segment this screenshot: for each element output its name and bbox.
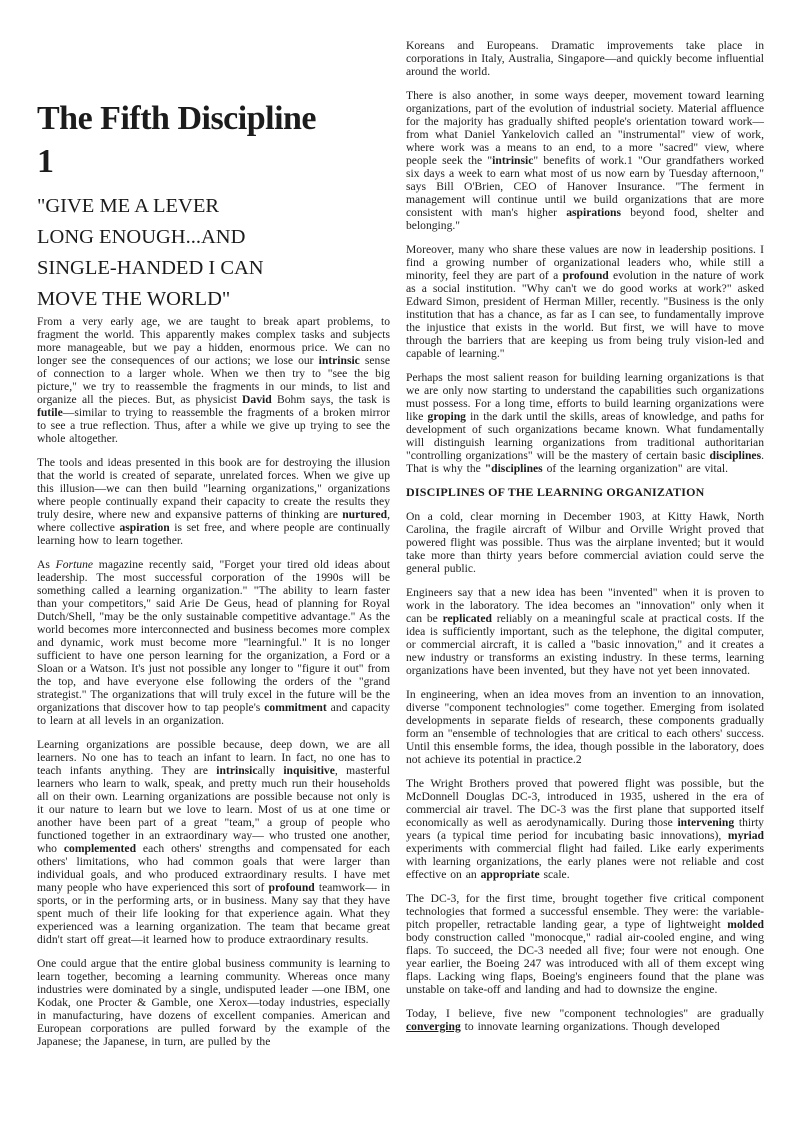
text-run: experiments with commercial flight had f… (406, 842, 764, 881)
right-text-column: Koreans and Europeans. Dramatic improvem… (406, 0, 764, 1044)
text-run: Bohm says, the task is (272, 393, 390, 406)
book-title-text: The Fifth Discipline (37, 97, 390, 140)
text-run: ally (258, 764, 284, 777)
emphasis-text: groping (428, 410, 466, 423)
text-run: evolution in the nature of work as a soc… (406, 269, 764, 360)
emphasis-text: disciplines (710, 449, 762, 462)
emphasis-text: myriad (728, 829, 764, 842)
text-run: The DC-3, for the first time, brought to… (406, 892, 764, 931)
body-paragraph: The Wright Brothers proved that powered … (406, 777, 764, 881)
body-paragraph: Moreover, many who share these values ar… (406, 243, 764, 360)
body-paragraph: One could argue that the entire global b… (37, 957, 390, 1048)
text-run: As (37, 558, 56, 571)
emphasis-text: Fortune (56, 558, 93, 571)
emphasis-text: profound (563, 269, 609, 282)
emphasis-text: complemented (64, 842, 136, 855)
body-paragraph: From a very early age, we are taught to … (37, 315, 390, 445)
chapter-title: The Fifth Discipline1 (37, 97, 390, 183)
emphasis-text: "disciplines (485, 462, 543, 475)
body-paragraph: On a cold, clear morning in December 190… (406, 510, 764, 575)
epigraph-line: MOVE THE WORLD" (37, 284, 390, 315)
text-run: Today, I believe, five new "component te… (406, 1007, 764, 1020)
text-run: —similar to trying to reassemble the fra… (37, 406, 390, 445)
emphasis-text: intrinsic (216, 764, 257, 777)
body-paragraph: There is also another, in some ways deep… (406, 89, 764, 232)
text-run: to innovate learning organizations. Thou… (461, 1020, 720, 1033)
body-paragraph: Koreans and Europeans. Dramatic improvem… (406, 39, 764, 78)
emphasis-text: commitment (264, 701, 326, 714)
text-run: In engineering, when an idea moves from … (406, 688, 764, 766)
body-paragraph: As Fortune magazine recently said, "Forg… (37, 558, 390, 727)
epigraph-line: "GIVE ME A LEVER (37, 191, 390, 222)
emphasis-text: intervening (677, 816, 734, 829)
emphasis-text: David (242, 393, 272, 406)
emphasis-text: aspiration (120, 521, 170, 534)
text-run: of the learning organization" are vital. (543, 462, 728, 475)
text-run: One could argue that the entire global b… (37, 957, 390, 1048)
emphasis-text: appropriate (481, 868, 540, 881)
emphasis-text: aspirations (566, 206, 621, 219)
emphasis-text: molded (727, 918, 764, 931)
epigraph-quote: "GIVE ME A LEVERLONG ENOUGH...ANDSINGLE-… (37, 191, 390, 315)
epigraph-line: LONG ENOUGH...AND (37, 222, 390, 253)
emphasis-text: replicated (443, 612, 492, 625)
body-paragraph: Engineers say that a new idea has been "… (406, 586, 764, 677)
body-paragraph: Learning organizations are possible beca… (37, 738, 390, 946)
emphasis-text: intrinsic (319, 354, 360, 367)
body-paragraph: The tools and ideas presented in this bo… (37, 456, 390, 547)
text-run: magazine recently said, "Forget your tir… (37, 558, 390, 714)
book-page: The Fifth Discipline1"GIVE ME A LEVERLON… (0, 0, 793, 1122)
epigraph-line: SINGLE-HANDED I CAN (37, 253, 390, 284)
body-paragraph: The DC-3, for the first time, brought to… (406, 892, 764, 996)
text-run: On a cold, clear morning in December 190… (406, 510, 764, 575)
emphasis-text: futile (37, 406, 63, 419)
emphasis-text: inquisitive (283, 764, 335, 777)
chapter-number: 1 (37, 140, 390, 183)
text-run: scale. (540, 868, 570, 881)
body-paragraph: Today, I believe, five new "component te… (406, 1007, 764, 1033)
body-paragraph: Perhaps the most salient reason for buil… (406, 371, 764, 475)
left-text-column: The Fifth Discipline1"GIVE ME A LEVERLON… (37, 0, 390, 1059)
text-run: The tools and ideas presented in this bo… (37, 456, 390, 521)
emphasis-text: intrinsic (492, 154, 533, 167)
text-run: body construction called "monocque," rad… (406, 931, 764, 996)
emphasis-text: nurtured (342, 508, 387, 521)
text-run: Koreans and Europeans. Dramatic improvem… (406, 39, 764, 78)
section-heading: DISCIPLINES OF THE LEARNING ORGANIZATION (406, 486, 764, 499)
emphasis-text: converging (406, 1020, 461, 1033)
emphasis-text: profound (269, 881, 315, 894)
body-paragraph: In engineering, when an idea moves from … (406, 688, 764, 766)
